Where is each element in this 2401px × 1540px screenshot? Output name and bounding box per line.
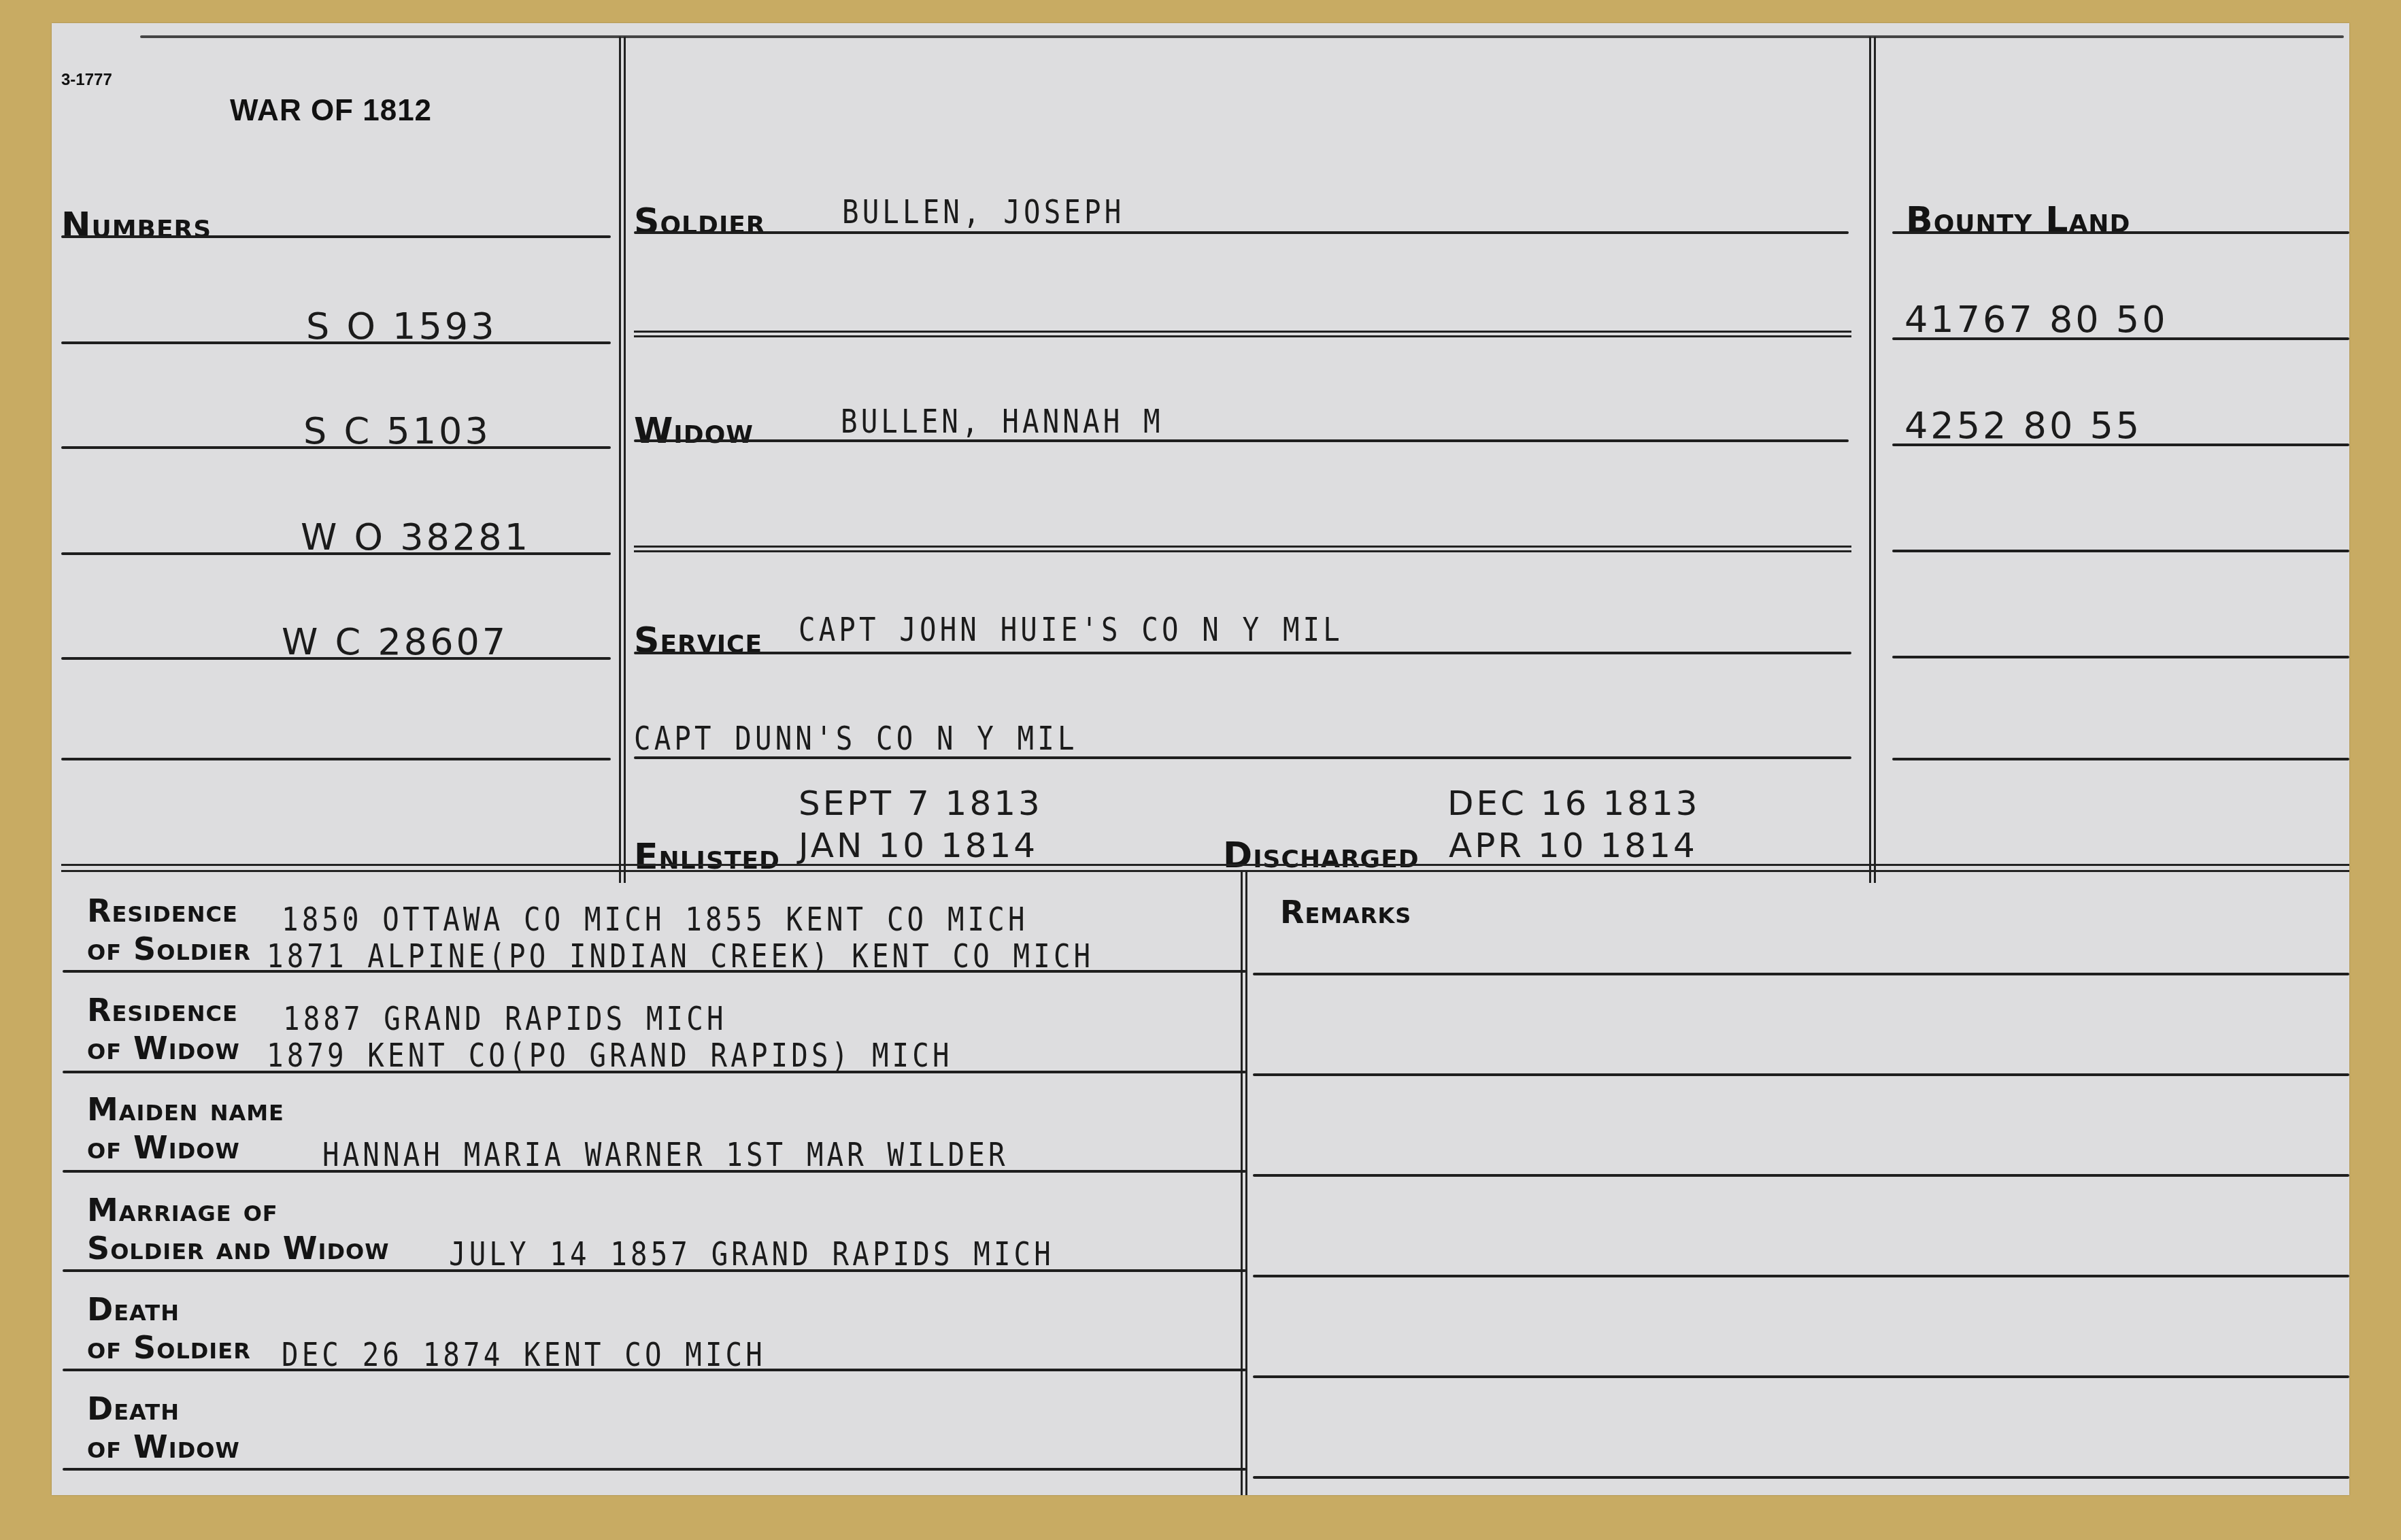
form-number: 3-1777: [61, 71, 112, 90]
numbers-label: Numbers: [61, 205, 212, 246]
maiden-name-label-2: of Widow: [87, 1129, 240, 1166]
service-line-1: CAPT JOHN HUIE'S CO N Y MIL: [799, 611, 1343, 649]
remarks-rule-2: [1253, 1073, 2349, 1076]
death-widow-label-2: of Widow: [87, 1428, 240, 1465]
remarks-rule-1: [1253, 973, 2349, 975]
bounty-header-rule: [1892, 231, 2349, 234]
soldier-label: Soldier: [634, 201, 766, 242]
marriage-label-1: Marriage of: [87, 1192, 278, 1228]
numbers-rule-3: [61, 552, 611, 555]
soldier-rule: [634, 231, 1849, 234]
enlisted-date-2: JAN 10 1814: [799, 826, 1038, 865]
enlisted-date-1: SEPT 7 1813: [799, 784, 1043, 823]
remarks-rule-3: [1253, 1174, 2349, 1177]
residence-soldier-rule: [63, 970, 1246, 973]
soldier-name: BULLEN, JOSEPH: [842, 193, 1124, 231]
residence-widow-label-1: Residence: [87, 992, 238, 1028]
divider-soldier-bounty: [1869, 37, 1876, 883]
residence-widow-rule: [63, 1071, 1246, 1073]
remarks-rule-4: [1253, 1275, 2349, 1277]
widow-rule: [634, 439, 1849, 442]
residence-widow-label-2: of Widow: [87, 1030, 240, 1067]
numbers-rule-1: [61, 341, 611, 344]
numbers-rule-5: [61, 758, 611, 760]
maiden-name-value: HANNAH MARIA WARNER 1ST MAR WILDER: [322, 1136, 1009, 1174]
bounty-entry-2: 4252 80 55: [1904, 404, 2142, 447]
divider-details-remarks: [1241, 872, 1247, 1495]
death-soldier-label-1: Death: [87, 1291, 180, 1328]
service-label: Service: [634, 620, 762, 661]
death-soldier-label-2: of Soldier: [87, 1329, 251, 1366]
bounty-rule-5: [1892, 758, 2349, 760]
remarks-rule-5: [1253, 1375, 2349, 1378]
residence-widow-line-1: 1887 GRAND RAPIDS MICH: [283, 1000, 727, 1038]
top-border-line: [140, 35, 2344, 38]
death-widow-rule: [63, 1468, 1246, 1471]
bounty-rule-4: [1892, 656, 2349, 658]
marriage-value: JULY 14 1857 GRAND RAPIDS MICH: [449, 1235, 1054, 1273]
divider-numbers-soldier: [619, 37, 626, 883]
residence-soldier-line-1: 1850 OTTAWA CO MICH 1855 KENT CO MICH: [282, 901, 1028, 939]
service-line-2: CAPT DUNN'S CO N Y MIL: [634, 720, 1078, 758]
death-soldier-rule: [63, 1369, 1246, 1371]
section-separator: [61, 864, 2349, 872]
remarks-rule-6: [1253, 1476, 2349, 1479]
discharged-date-1: DEC 16 1813: [1447, 784, 1700, 823]
widow-extra-rule: [634, 546, 1851, 552]
bounty-entry-1: 41767 80 50: [1904, 298, 2168, 341]
discharged-date-2: APR 10 1814: [1449, 826, 1698, 865]
bounty-rule-2: [1892, 443, 2349, 446]
maiden-name-label-1: Maiden name: [87, 1091, 284, 1128]
marriage-label-2: Soldier and Widow: [87, 1230, 390, 1267]
maiden-name-rule: [63, 1170, 1246, 1173]
bounty-rule-1: [1892, 337, 2349, 340]
widow-label: Widow: [634, 411, 754, 452]
numbers-header-rule: [61, 235, 611, 238]
bounty-rule-3: [1892, 550, 2349, 552]
marriage-rule: [63, 1269, 1246, 1272]
pension-index-card: 3-1777 WAR OF 1812 Numbers S O 1593 S C …: [52, 23, 2349, 1495]
soldier-extra-rule: [634, 331, 1851, 337]
residence-soldier-label-1: Residence: [87, 892, 238, 929]
residence-widow-line-2: 1879 KENT CO(PO GRAND RAPIDS) MICH: [267, 1037, 953, 1075]
numbers-rule-2: [61, 446, 611, 449]
service-rule-2: [634, 756, 1851, 759]
widow-name: BULLEN, HANNAH M: [841, 403, 1164, 441]
death-widow-label-1: Death: [87, 1390, 180, 1427]
bounty-land-label: Bounty Land: [1906, 200, 2130, 241]
card-title: WAR OF 1812: [230, 94, 432, 128]
service-rule-1: [634, 652, 1851, 654]
remarks-label: Remarks: [1280, 894, 1411, 931]
residence-soldier-label-2: of Soldier: [87, 931, 251, 967]
numbers-rule-4: [61, 657, 611, 660]
